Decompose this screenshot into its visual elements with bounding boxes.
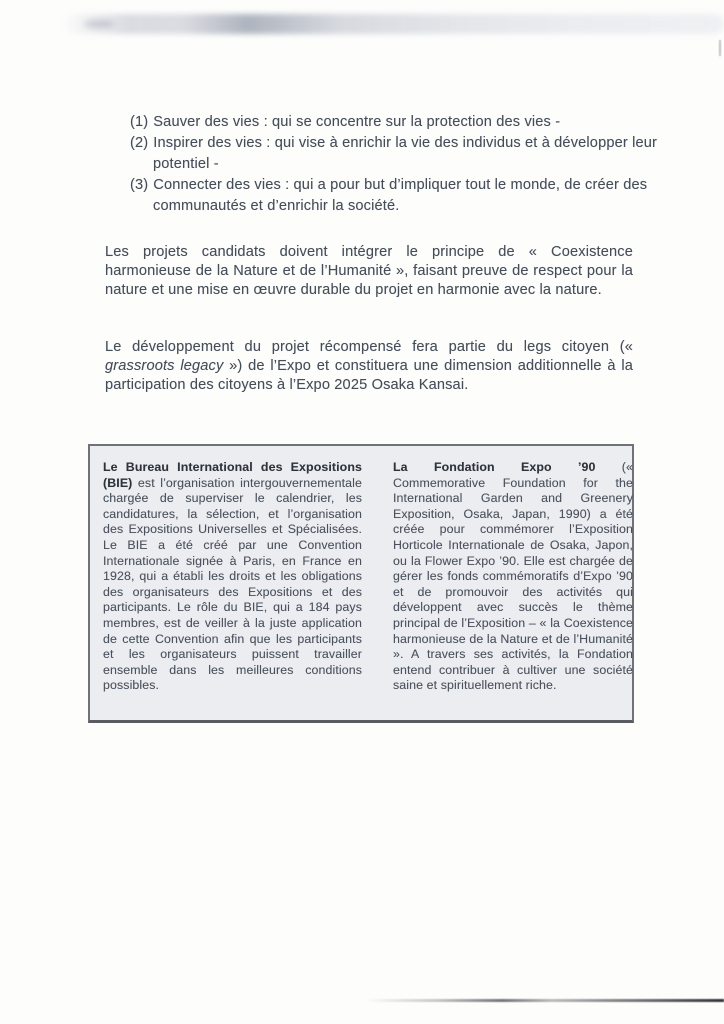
list-item-number: (2) — [130, 135, 148, 151]
paragraph-text-before-italic: Le développement du projet récompensé fe… — [105, 339, 633, 355]
expo90-column: La Fondation Expo ’90 (« Commemorative F… — [393, 460, 633, 720]
expo90-column-body: (« Commemorative Foundation for the Inte… — [393, 460, 633, 692]
list-item-number: (3) — [130, 177, 148, 193]
scan-artifact-bottom-line — [366, 999, 724, 1002]
list-item-1: (1)Sauver des vies : qui se concentre su… — [130, 112, 672, 133]
scan-artifact-smudge — [84, 20, 114, 28]
bie-column: Le Bureau International des Expositions … — [103, 460, 362, 720]
paragraph-coexistence: Les projets candidats doivent intégrer l… — [105, 243, 633, 301]
paragraph-grassroots-legacy: Le développement du projet récompensé fe… — [105, 338, 633, 396]
italic-grassroots-legacy: grassroots legacy — [105, 358, 223, 374]
list-item-3: (3)Connecter des vies : qui a pour but d… — [130, 175, 672, 217]
scan-artifact-top-band — [62, 14, 724, 34]
list-item-text: Connecter des vies : qui a pour but d’im… — [153, 177, 647, 214]
scanned-document-page: (1)Sauver des vies : qui se concentre su… — [0, 0, 724, 1024]
list-item-number: (1) — [130, 114, 148, 130]
bie-column-body: est l’organisation intergouvernementale … — [103, 476, 362, 693]
aims-list: (1)Sauver des vies : qui se concentre su… — [130, 112, 672, 217]
list-item-text: Inspirer des vies : qui vise à enrichir … — [153, 135, 657, 172]
scan-artifact-right-edge — [719, 40, 721, 56]
expo90-column-bold-lead: La Fondation Expo ’90 — [393, 460, 596, 474]
list-item-text: Sauver des vies : qui se concentre sur l… — [153, 114, 560, 130]
list-item-2: (2)Inspirer des vies : qui vise à enrich… — [130, 133, 672, 175]
info-box: Le Bureau International des Expositions … — [88, 444, 634, 723]
